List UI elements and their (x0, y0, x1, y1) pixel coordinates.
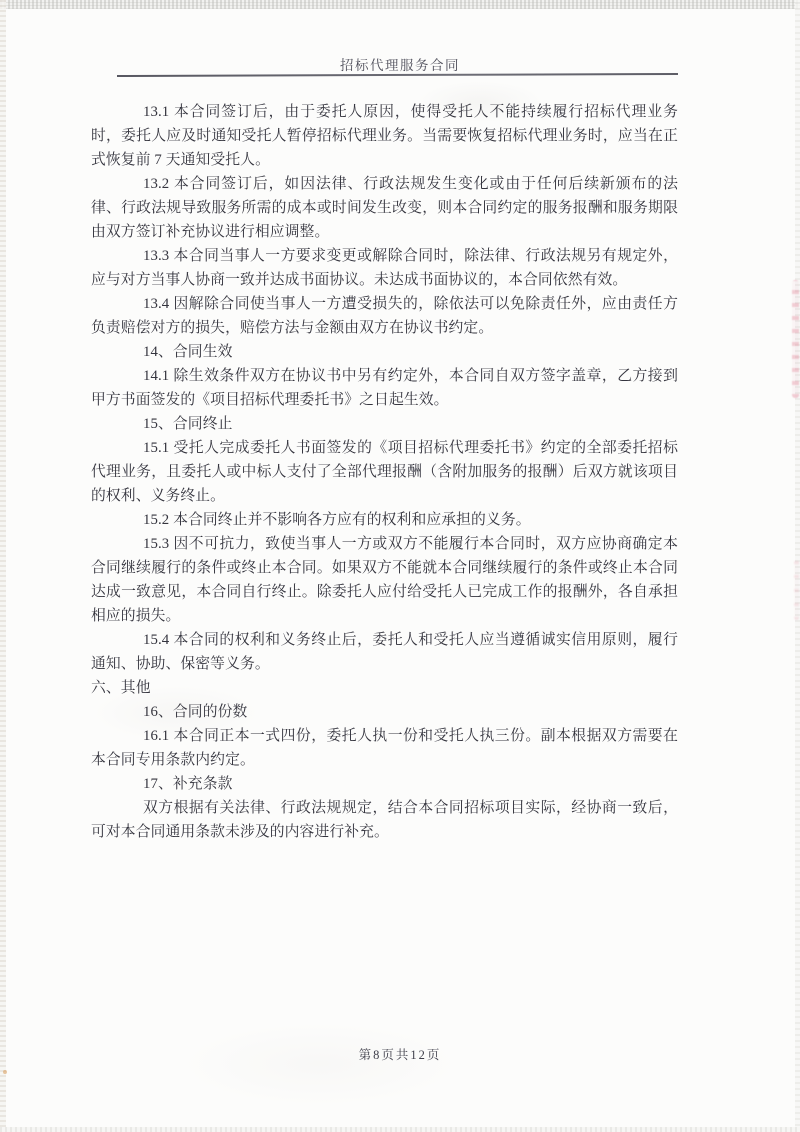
heading-15-contract-termination: 15、合同终止 (91, 412, 678, 436)
heading-14-contract-effectiveness: 14、合同生效 (91, 340, 678, 364)
heading-16-contract-copies: 16、合同的份数 (91, 700, 678, 724)
clause-13-3: 13.3 本合同当事人一方要求变更或解除合同时，除法律、行政法规另有规定外，应与… (91, 244, 678, 292)
document-body: 13.1 本合同签订后，由于委托人原因，使得受托人不能持续履行招标代理业务时，委… (91, 100, 678, 844)
document-title: 招标代理服务合同 (0, 54, 800, 74)
clause-15-4: 15.4 本合同的权利和义务终止后，委托人和受托人应当遵循诚实信用原则，履行通知… (91, 628, 678, 676)
scan-speck (3, 1070, 7, 1074)
clause-13-1: 13.1 本合同签订后，由于委托人原因，使得受托人不能持续履行招标代理业务时，委… (91, 100, 678, 172)
scan-edge-top (0, 0, 800, 9)
clause-15-3: 15.3 因不可抗力，致使当事人一方或双方不能履行本合同时，双方应协商确定本合同… (91, 532, 678, 628)
clause-13-2: 13.2 本合同签订后，如因法律、行政法规发生变化或由于任何后续新颁布的法律、行… (91, 172, 678, 244)
scan-edge-right (795, 0, 800, 1132)
heading-17-supplementary-clauses: 17、补充条款 (91, 772, 678, 796)
ink-bleed-stain (792, 280, 799, 398)
clause-16-1: 16.1 本合同正本一式四份，委托人执一份和受托人执三份。副本根据双方需要在本合… (91, 724, 678, 772)
page-footer: 第8页共12页 (0, 1045, 800, 1063)
clause-14-1: 14.1 除生效条件双方在协议书中另有约定外，本合同自双方签字盖章，乙方接到甲方… (91, 364, 678, 412)
scanned-document-page: 招标代理服务合同 13.1 本合同签订后，由于委托人原因，使得受托人不能持续履行… (0, 0, 800, 1132)
clause-15-1: 15.1 受托人完成委托人书面签发的《项目招标代理委托书》约定的全部委托招标代理… (91, 436, 678, 508)
clause-17-body: 双方根据有关法律、行政法规规定，结合本合同招标项目实际，经协商一致后，可对本合同… (91, 796, 678, 844)
scan-edge-bottom (0, 1127, 800, 1132)
section-6-others: 六、其他 (91, 676, 678, 700)
clause-15-2: 15.2 本合同终止并不影响各方应有的权利和应承担的义务。 (91, 508, 678, 532)
scan-edge-left (0, 0, 6, 1132)
page-number-indicator: 第8页共12页 (359, 1048, 442, 1062)
clause-13-4: 13.4 因解除合同使当事人一方遭受损失的，除依法可以免除责任外，应由责任方负责… (91, 292, 678, 340)
ink-bleed-stain-faint (794, 560, 799, 620)
